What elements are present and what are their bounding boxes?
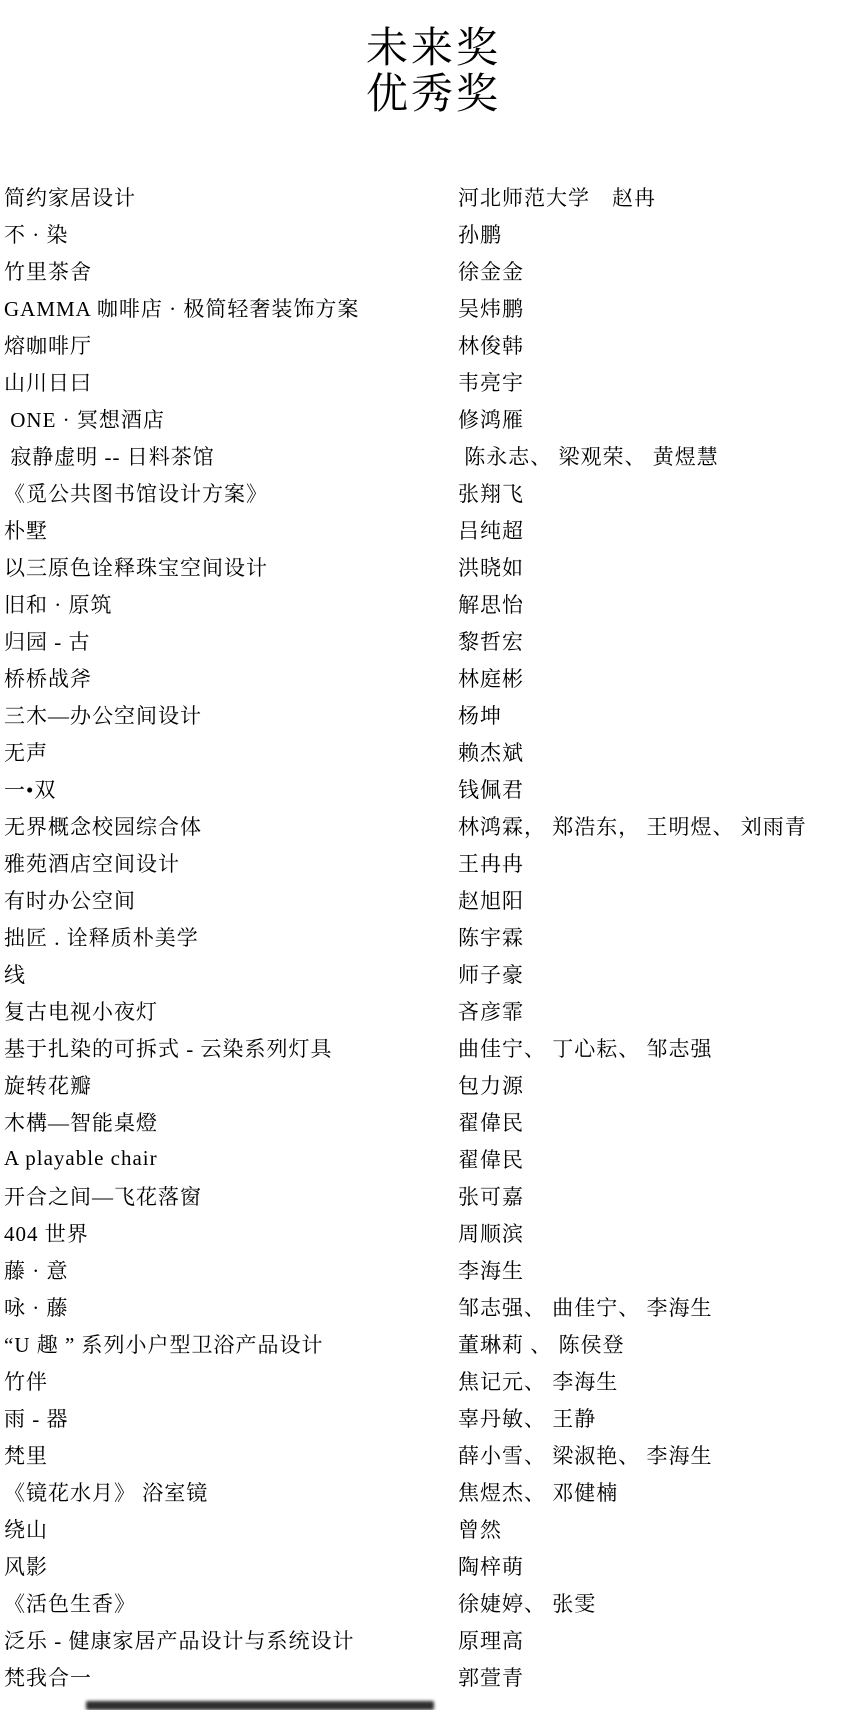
work-title: 复古电视小夜灯 [0, 996, 458, 1026]
award-row: 朴墅 吕纯超 [0, 511, 867, 548]
work-title: 404 世界 [0, 1218, 458, 1248]
award-row: 旧和 · 原筑 解思怡 [0, 585, 867, 622]
author-names: 师子豪 [458, 959, 867, 989]
work-title: 拙匠 . 诠释质朴美学 [0, 922, 458, 952]
page-title-line2: 优秀奖 [0, 72, 867, 118]
author-names: 林俊韩 [458, 330, 867, 360]
work-title: ONE · 冥想酒店 [0, 404, 458, 434]
author-names: 陈永志、 梁观荣、 黄煜慧 [458, 441, 867, 471]
author-names: 曾然 [458, 1514, 867, 1544]
work-title: 基于扎染的可拆式 - 云染系列灯具 [0, 1033, 458, 1063]
award-row: 雅苑酒店空间设计 王冉冉 [0, 844, 867, 881]
award-row: 三木—办公空间设计 杨坤 [0, 696, 867, 733]
award-row: 木構—智能桌燈 翟偉民 [0, 1103, 867, 1140]
author-names: 翟偉民 [458, 1144, 867, 1174]
award-row: 风影 陶梓萌 [0, 1547, 867, 1584]
work-title: 简约家居设计 [0, 182, 458, 212]
award-row: ONE · 冥想酒店 修鸿雁 [0, 400, 867, 437]
work-title: 竹里茶舍 [0, 256, 458, 286]
author-names: 邹志强、 曲佳宁、 李海生 [458, 1292, 867, 1322]
award-row: 雨 - 器 辜丹敏、 王静 [0, 1399, 867, 1436]
award-row: GAMMA 咖啡店 · 极简轻奢装饰方案 吴炜鹏 [0, 289, 867, 326]
award-row: 竹伴 焦记元、 李海生 [0, 1362, 867, 1399]
work-title: 一•双 [0, 774, 458, 804]
author-names: 周顺滨 [458, 1218, 867, 1248]
page-title-line1: 未来奖 [0, 26, 867, 72]
work-title: 绕山 [0, 1514, 458, 1544]
work-title: 旋转花瓣 [0, 1070, 458, 1100]
award-row: 梵里 薛小雪、 梁淑艳、 李海生 [0, 1436, 867, 1473]
work-title: 梵我合一 [0, 1662, 458, 1692]
author-names: 徐婕婷、 张雯 [458, 1588, 867, 1618]
author-names: 林庭彬 [458, 663, 867, 693]
author-names: 赖杰斌 [458, 737, 867, 767]
award-row: 熔咖啡厅 林俊韩 [0, 326, 867, 363]
award-row: 桥桥战斧 林庭彬 [0, 659, 867, 696]
author-names: 韦亮宇 [458, 367, 867, 397]
award-row: 复古电视小夜灯 吝彦霏 [0, 992, 867, 1029]
work-title: 梵里 [0, 1440, 458, 1470]
award-row: 无声 赖杰斌 [0, 733, 867, 770]
work-title: 山川日曰 [0, 367, 458, 397]
award-row: 绕山 曾然 [0, 1510, 867, 1547]
work-title: 开合之间—飞花落窗 [0, 1181, 458, 1211]
author-names: 原理高 [458, 1625, 867, 1655]
work-title: 藤 · 意 [0, 1255, 458, 1285]
author-names: 赵旭阳 [458, 885, 867, 915]
work-title: 无界概念校园综合体 [0, 811, 458, 841]
author-names: 焦煜杰、 邓健楠 [458, 1477, 867, 1507]
work-title: 归园 - 古 [0, 626, 458, 656]
work-title: 雅苑酒店空间设计 [0, 848, 458, 878]
award-row: 寂静虚明 -- 日料茶馆 陈永志、 梁观荣、 黄煜慧 [0, 437, 867, 474]
award-row: 咏 · 藤 邹志强、 曲佳宁、 李海生 [0, 1288, 867, 1325]
author-names: 董琳莉 、 陈侯登 [458, 1329, 867, 1359]
work-title: 桥桥战斧 [0, 663, 458, 693]
award-row: 开合之间—飞花落窗 张可嘉 [0, 1177, 867, 1214]
author-names: 吕纯超 [458, 515, 867, 545]
work-title: A playable chair [0, 1146, 458, 1171]
work-title: 竹伴 [0, 1366, 458, 1396]
award-row: 线 师子豪 [0, 955, 867, 992]
award-row: 山川日曰 韦亮宇 [0, 363, 867, 400]
award-row: 《活色生香》 徐婕婷、 张雯 [0, 1584, 867, 1621]
author-names: 解思怡 [458, 589, 867, 619]
page-title: 未来奖 优秀奖 [0, 0, 867, 118]
author-names: 钱佩君 [458, 774, 867, 804]
award-row: 泛乐 - 健康家居产品设计与系统设计 原理高 [0, 1621, 867, 1658]
author-names: 林鸿霖， 郑浩东， 王明煜、 刘雨青 [458, 811, 867, 841]
author-names: 翟偉民 [458, 1107, 867, 1137]
award-row: 404 世界 周顺滨 [0, 1214, 867, 1251]
work-title: 《镜花水月》 浴室镜 [0, 1477, 458, 1507]
work-title: 木構—智能桌燈 [0, 1107, 458, 1137]
award-row: 拙匠 . 诠释质朴美学 陈宇霖 [0, 918, 867, 955]
work-title: 雨 - 器 [0, 1403, 458, 1433]
work-title: 《觅公共图书馆设计方案》 [0, 478, 458, 508]
work-title: 线 [0, 959, 458, 989]
author-names: 修鸿雁 [458, 404, 867, 434]
award-row: 无界概念校园综合体 林鸿霖， 郑浩东， 王明煜、 刘雨青 [0, 807, 867, 844]
author-names: 王冉冉 [458, 848, 867, 878]
author-names: 杨坤 [458, 700, 867, 730]
author-names: 河北师范大学 赵冉 [458, 182, 867, 212]
author-names: 洪晓如 [458, 552, 867, 582]
work-title: 三木—办公空间设计 [0, 700, 458, 730]
author-names: 孙鹏 [458, 219, 867, 249]
author-names: 张可嘉 [458, 1181, 867, 1211]
cropped-text-remnant [86, 1701, 434, 1710]
award-row: “U 趣 ” 系列小户型卫浴产品设计 董琳莉 、 陈侯登 [0, 1325, 867, 1362]
award-row: 基于扎染的可拆式 - 云染系列灯具 曲佳宁、 丁心耘、 邹志强 [0, 1029, 867, 1066]
award-row: 不 · 染 孙鹏 [0, 215, 867, 252]
work-title: 以三原色诠释珠宝空间设计 [0, 552, 458, 582]
award-row: 《觅公共图书馆设计方案》 张翔飞 [0, 474, 867, 511]
work-title: 寂静虚明 -- 日料茶馆 [0, 441, 458, 471]
award-row: 归园 - 古 黎哲宏 [0, 622, 867, 659]
award-row: 一•双 钱佩君 [0, 770, 867, 807]
award-row: 藤 · 意 李海生 [0, 1251, 867, 1288]
work-title: 不 · 染 [0, 219, 458, 249]
work-title: “U 趣 ” 系列小户型卫浴产品设计 [0, 1329, 458, 1359]
author-names: 包力源 [458, 1070, 867, 1100]
work-title: 朴墅 [0, 515, 458, 545]
work-title: 无声 [0, 737, 458, 767]
author-names: 薛小雪、 梁淑艳、 李海生 [458, 1440, 867, 1470]
work-title: 有时办公空间 [0, 885, 458, 915]
award-row: 旋转花瓣 包力源 [0, 1066, 867, 1103]
work-title: GAMMA 咖啡店 · 极简轻奢装饰方案 [0, 293, 458, 323]
award-row: 以三原色诠释珠宝空间设计 洪晓如 [0, 548, 867, 585]
award-row: 有时办公空间 赵旭阳 [0, 881, 867, 918]
award-row: 《镜花水月》 浴室镜 焦煜杰、 邓健楠 [0, 1473, 867, 1510]
author-names: 陶梓萌 [458, 1551, 867, 1581]
award-row: A playable chair 翟偉民 [0, 1140, 867, 1177]
work-title: 旧和 · 原筑 [0, 589, 458, 619]
work-title: 咏 · 藤 [0, 1292, 458, 1322]
work-title: 风影 [0, 1551, 458, 1581]
author-names: 吝彦霏 [458, 996, 867, 1026]
work-title: 泛乐 - 健康家居产品设计与系统设计 [0, 1625, 458, 1655]
author-names: 陈宇霖 [458, 922, 867, 952]
author-names: 黎哲宏 [458, 626, 867, 656]
author-names: 郭萱青 [458, 1662, 867, 1692]
author-names: 张翔飞 [458, 478, 867, 508]
author-names: 李海生 [458, 1255, 867, 1285]
author-names: 焦记元、 李海生 [458, 1366, 867, 1396]
author-names: 徐金金 [458, 256, 867, 286]
award-row: 简约家居设计 河北师范大学 赵冉 [0, 178, 867, 215]
author-names: 曲佳宁、 丁心耘、 邹志强 [458, 1033, 867, 1063]
author-names: 吴炜鹏 [458, 293, 867, 323]
work-title: 《活色生香》 [0, 1588, 458, 1618]
award-row: 梵我合一 郭萱青 [0, 1658, 867, 1695]
awards-list: 简约家居设计 河北师范大学 赵冉 不 · 染 孙鹏 竹里茶舍 徐金金 GAMMA… [0, 178, 867, 1695]
award-row: 竹里茶舍 徐金金 [0, 252, 867, 289]
author-names: 辜丹敏、 王静 [458, 1403, 867, 1433]
work-title: 熔咖啡厅 [0, 330, 458, 360]
